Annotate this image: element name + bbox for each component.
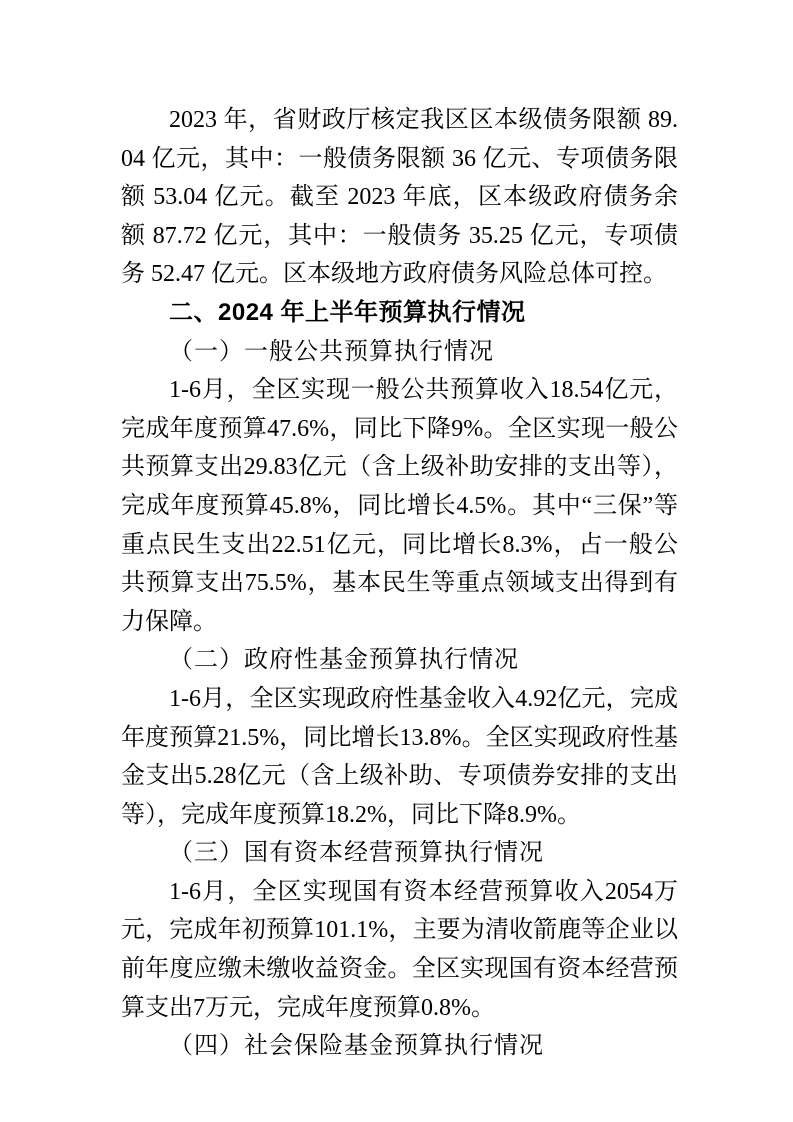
document-page: 2023 年，省财政厅核定我区区本级债务限额 89.04 亿元，其中：一般债务限… bbox=[121, 101, 678, 1066]
subsection-heading-government-fund-budget: （二）政府性基金预算执行情况 bbox=[121, 641, 678, 680]
document-canvas: { "document": { "language": "zh-CN", "ki… bbox=[0, 0, 793, 1122]
paragraph-2023-debt-summary: 2023 年，省财政厅核定我区区本级债务限额 89.04 亿元，其中：一般债务限… bbox=[121, 101, 678, 294]
subsection-heading-state-capital-budget: （三）国有资本经营预算执行情况 bbox=[121, 834, 678, 873]
paragraph-government-fund-budget-execution: 1-6月，全区实现政府性基金收入4.92亿元，完成年度预算21.5%，同比增长1… bbox=[121, 680, 678, 834]
section-heading-2024-h1-budget-execution: 二、2024 年上半年预算执行情况 bbox=[121, 294, 678, 333]
subsection-heading-social-insurance-fund-budget: （四）社会保险基金预算执行情况 bbox=[121, 1027, 678, 1066]
paragraph-general-public-budget-execution: 1-6月，全区实现一般公共预算收入18.54亿元，完成年度预算47.6%，同比下… bbox=[121, 371, 678, 641]
subsection-heading-general-public-budget: （一）一般公共预算执行情况 bbox=[121, 333, 678, 372]
paragraph-state-capital-budget-execution: 1-6月，全区实现国有资本经营预算收入2054万元，完成年初预算101.1%，主… bbox=[121, 873, 678, 1027]
